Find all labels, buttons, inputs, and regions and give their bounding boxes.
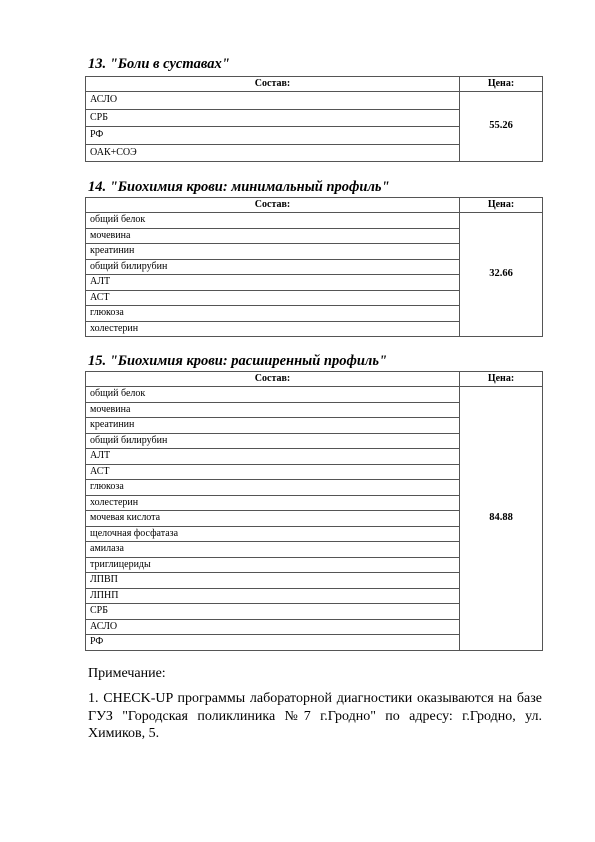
analysis-item: щелочная фосфатаза xyxy=(86,526,460,542)
table-header-row: Состав:Цена: xyxy=(86,77,543,92)
analysis-item: АСЛО xyxy=(86,619,460,635)
section-title-14: 14. "Биохимия крови: минимальный профиль… xyxy=(88,179,390,196)
analysis-item: общий белок xyxy=(86,387,460,403)
composition-header: Состав: xyxy=(86,198,460,213)
note-text: 1. CHECK-UP программы лабораторной диагн… xyxy=(88,690,542,743)
analysis-item: мочевина xyxy=(86,402,460,418)
analysis-item: холестерин xyxy=(86,495,460,511)
analysis-item: холестерин xyxy=(86,321,460,337)
analysis-item: общий билирубин xyxy=(86,259,460,275)
table-header-row: Состав:Цена: xyxy=(86,198,543,213)
price-header: Цена: xyxy=(460,77,543,92)
analysis-item: глюкоза xyxy=(86,480,460,496)
price-table-14: Состав:Цена:общий белок32.66мочевинакреа… xyxy=(85,197,543,337)
analysis-item: АЛТ xyxy=(86,275,460,291)
analysis-item: амилаза xyxy=(86,542,460,558)
analysis-item: АСТ xyxy=(86,290,460,306)
analysis-item: АСТ xyxy=(86,464,460,480)
section-title-13: 13. "Боли в суставах" xyxy=(88,56,230,73)
table-row: АСЛО55.26 xyxy=(86,92,543,110)
analysis-item: РФ xyxy=(86,635,460,651)
price-value: 84.88 xyxy=(460,387,543,651)
price-table-13: Состав:Цена:АСЛО55.26СРБРФОАК+СОЭ xyxy=(85,76,543,162)
note-title: Примечание: xyxy=(88,666,166,682)
analysis-item: триглицериды xyxy=(86,557,460,573)
analysis-item: АЛТ xyxy=(86,449,460,465)
analysis-item: креатинин xyxy=(86,418,460,434)
price-value: 32.66 xyxy=(460,213,543,337)
analysis-item: мочевина xyxy=(86,228,460,244)
section-title-15: 15. "Биохимия крови: расширенный профиль… xyxy=(88,353,387,370)
analysis-item: СРБ xyxy=(86,109,460,127)
analysis-item: креатинин xyxy=(86,244,460,260)
analysis-item: ОАК+СОЭ xyxy=(86,144,460,162)
price-header: Цена: xyxy=(460,372,543,387)
composition-header: Состав: xyxy=(86,372,460,387)
table-row: общий белок84.88 xyxy=(86,387,543,403)
analysis-item: глюкоза xyxy=(86,306,460,322)
table-row: общий белок32.66 xyxy=(86,213,543,229)
table-header-row: Состав:Цена: xyxy=(86,372,543,387)
price-header: Цена: xyxy=(460,198,543,213)
analysis-item: АСЛО xyxy=(86,92,460,110)
analysis-item: общий билирубин xyxy=(86,433,460,449)
analysis-item: СРБ xyxy=(86,604,460,620)
analysis-item: общий белок xyxy=(86,213,460,229)
analysis-item: ЛПВП xyxy=(86,573,460,589)
analysis-item: мочевая кислота xyxy=(86,511,460,527)
composition-header: Состав: xyxy=(86,77,460,92)
price-value: 55.26 xyxy=(460,92,543,162)
price-table-15: Состав:Цена:общий белок84.88мочевинакреа… xyxy=(85,371,543,651)
analysis-item: ЛПНП xyxy=(86,588,460,604)
analysis-item: РФ xyxy=(86,127,460,145)
